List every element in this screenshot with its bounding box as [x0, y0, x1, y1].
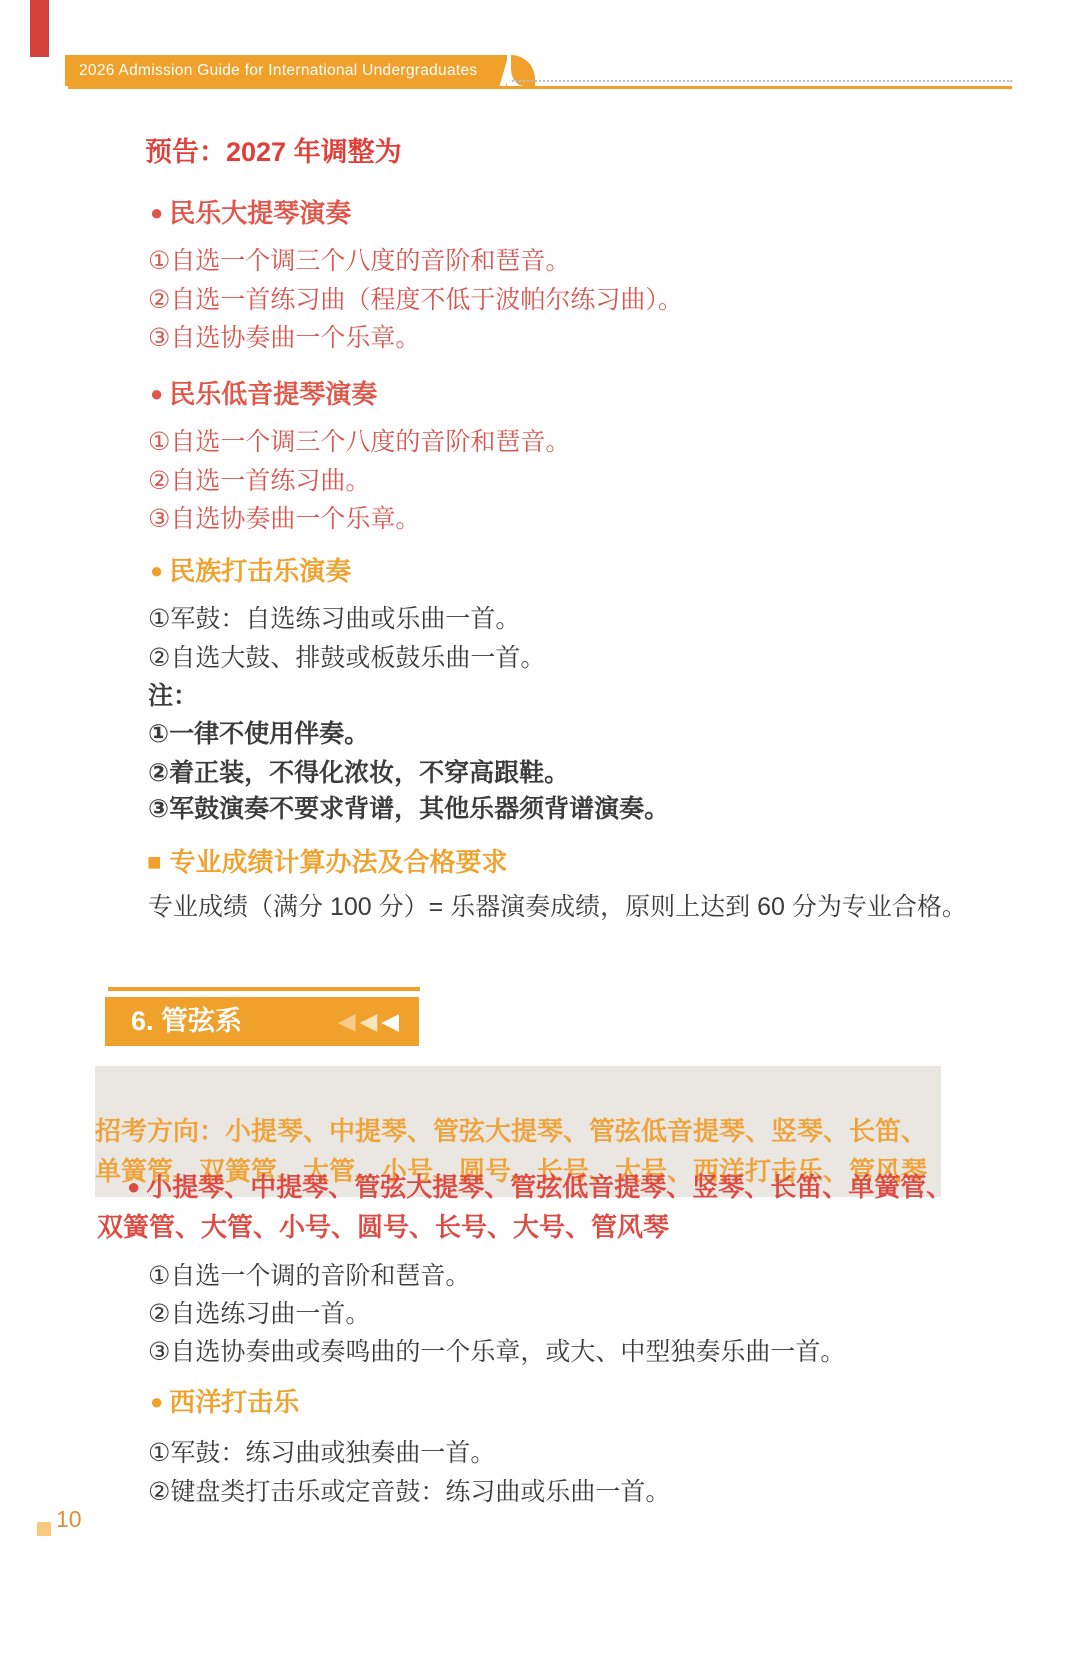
square-marker-icon: ■: [147, 849, 162, 876]
section-title: 6. 管弦系: [131, 997, 242, 1046]
bullet-icon: ●: [150, 1389, 163, 1414]
strings-heading-line2: 双簧管、大管、小号、圆号、长号、大号、管风琴: [97, 1212, 669, 1242]
note-item: ①一律不使用伴奏。: [148, 719, 369, 749]
list-item: ③自选协奏曲一个乐章。: [148, 504, 420, 534]
triple-arrow-icon: ◀◀◀: [338, 997, 403, 1046]
group-heading-text: 民乐低音提琴演奏: [169, 379, 377, 409]
list-item: ③自选协奏曲或奏鸣曲的一个乐章，或大、中型独奏乐曲一首。: [148, 1337, 845, 1367]
directions-line1: 招考方向：小提琴、中提琴、管弦大提琴、管弦低音提琴、竖琴、长笛、: [95, 1116, 927, 1146]
group-heading-text: 西洋打击乐: [169, 1387, 299, 1417]
group-heading-text: 民族打击乐演奏: [169, 556, 351, 586]
note-label: 注：: [148, 681, 198, 711]
group-heading-western-percussion: ●西洋打击乐: [150, 1387, 299, 1418]
calc-heading-text: 专业成绩计算办法及合格要求: [170, 847, 508, 877]
note-item: ②着正装，不得化浓妆，不穿高跟鞋。: [148, 758, 569, 788]
page-number: 10: [56, 1506, 82, 1533]
header-dotted-line: [512, 80, 1012, 82]
preview-title: 预告：2027 年调整为: [145, 136, 402, 168]
list-item: ①军鼓：自选练习曲或乐曲一首。: [148, 604, 520, 634]
arrow-left-icon: ◀: [360, 1008, 382, 1034]
calc-heading: ■专业成绩计算办法及合格要求: [147, 847, 508, 878]
list-item: ①自选一个调的音阶和琶音。: [148, 1261, 470, 1291]
group-heading-minyue-bass: ●民乐低音提琴演奏: [150, 379, 377, 410]
list-item: ②自选一首练习曲（程度不低于波帕尔练习曲）。: [148, 285, 683, 315]
arrow-left-icon: ◀: [381, 1008, 403, 1034]
header-banner-text: 2026 Admission Guide for International U…: [79, 62, 477, 79]
header-banner: 2026 Admission Guide for International U…: [65, 55, 507, 86]
arrow-left-icon: ◀: [338, 1008, 360, 1034]
calc-body: 专业成绩（满分 100 分）= 乐器演奏成绩，原则上达到 60 分为专业合格。: [148, 892, 967, 922]
group-heading-folk-percussion: ●民族打击乐演奏: [150, 556, 351, 587]
list-item: ①军鼓：练习曲或独奏曲一首。: [148, 1438, 495, 1468]
list-item: ②自选一首练习曲。: [148, 466, 370, 496]
bullet-icon: ●: [150, 558, 163, 583]
list-item: ③自选协奏曲一个乐章。: [148, 323, 420, 353]
bullet-icon: ●: [150, 200, 163, 225]
list-item: ②自选大鼓、排鼓或板鼓乐曲一首。: [148, 643, 545, 673]
orchestra-strings-heading: ●小提琴、中提琴、管弦大提琴、管弦低音提琴、竖琴、长笛、单簧管、 双簧管、大管、…: [97, 1162, 952, 1247]
group-heading-text: 民乐大提琴演奏: [169, 198, 351, 228]
list-item: ①自选一个调三个八度的音阶和琶音。: [148, 246, 570, 276]
section-banner: 6. 管弦系 ◀◀◀: [105, 997, 419, 1046]
list-item: ②键盘类打击乐或定音鼓：练习曲或乐曲一首。: [148, 1477, 670, 1507]
list-item: ②自选练习曲一首。: [148, 1299, 370, 1329]
section-divider-line: [108, 987, 420, 991]
bullet-icon: ●: [150, 381, 163, 406]
list-item: ①自选一个调三个八度的音阶和琶音。: [148, 427, 570, 457]
header-underline: [68, 86, 1012, 89]
note-item: ③军鼓演奏不要求背谱，其他乐器须背谱演奏。: [148, 794, 669, 824]
group-heading-minyue-cello: ●民乐大提琴演奏: [150, 198, 351, 229]
corner-tab: [30, 0, 49, 57]
footer-square-icon: [37, 1522, 51, 1536]
strings-heading-line1: 小提琴、中提琴、管弦大提琴、管弦低音提琴、竖琴、长笛、单簧管、: [146, 1172, 952, 1202]
bullet-icon: ●: [127, 1174, 140, 1199]
document-page: 2026 Admission Guide for International U…: [0, 0, 1080, 1661]
